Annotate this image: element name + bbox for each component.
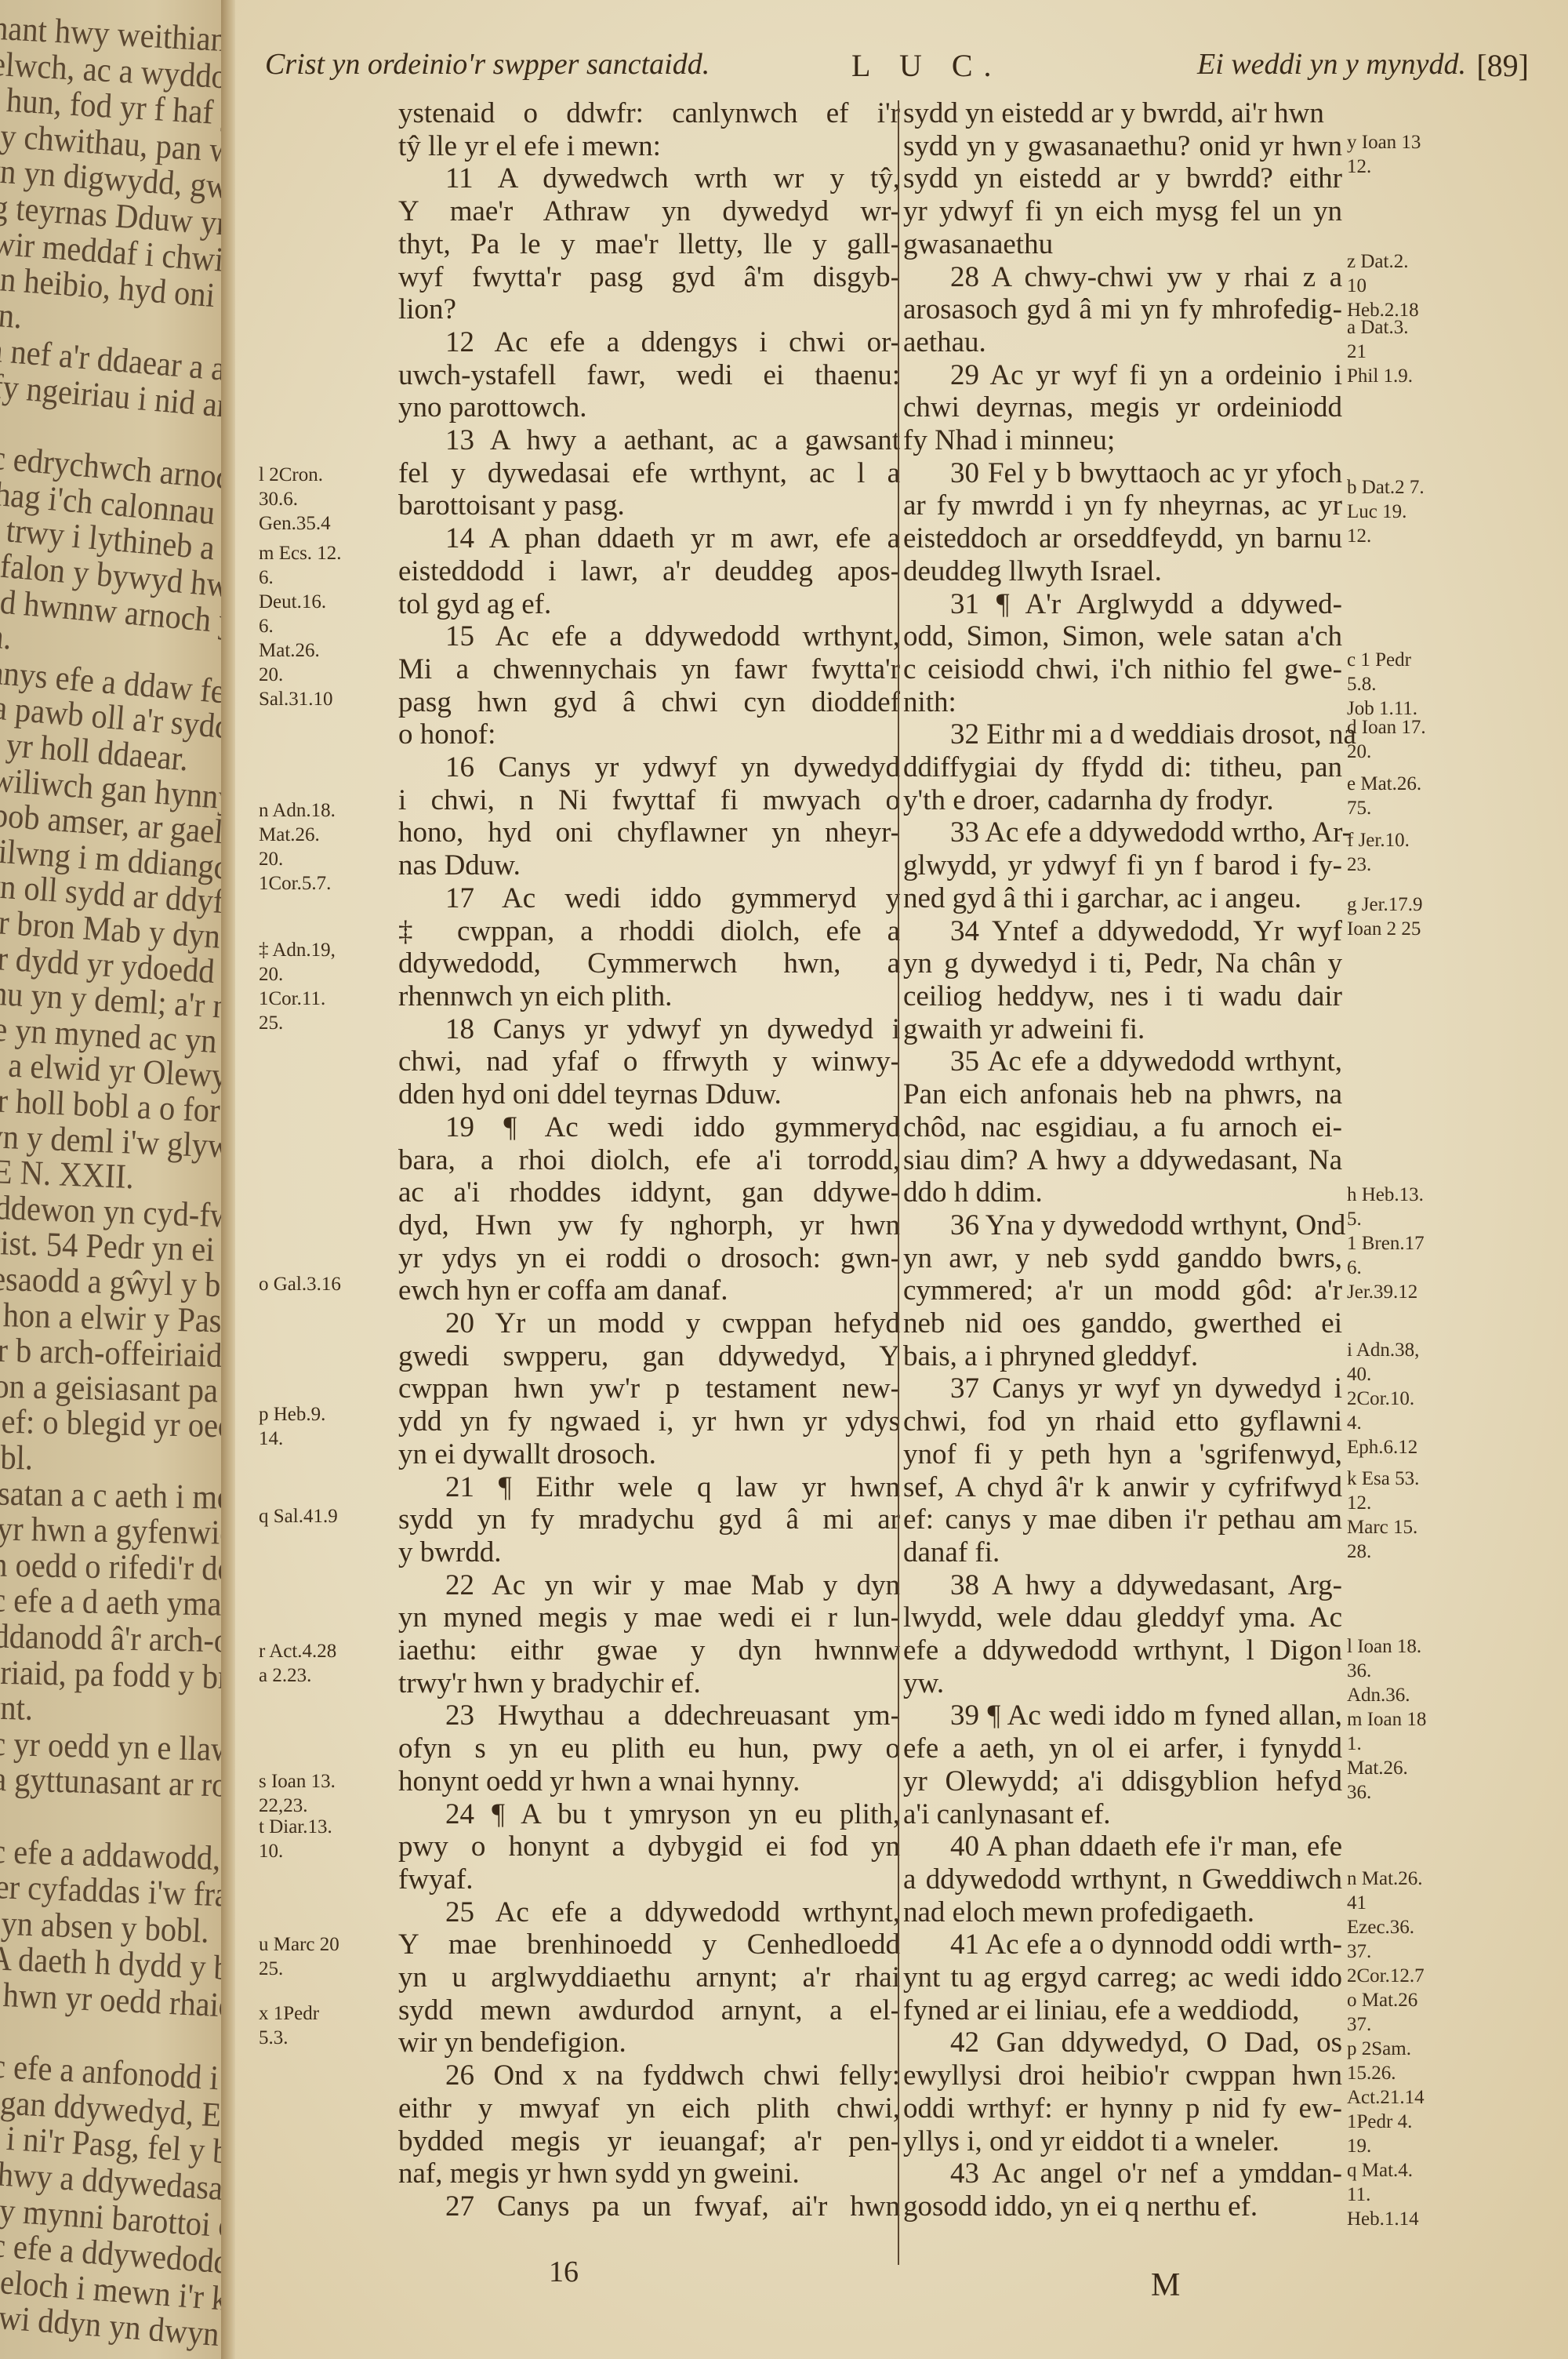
text-line: ‡ cwppan, a rhoddi diolch, efe a — [398, 915, 900, 948]
text-line: dden hyd oni ddel teyrnas Dduw. — [398, 1078, 900, 1111]
text-line: 32 Eithr mi a d weddiais drosot, na — [903, 718, 1342, 751]
text-line: 24 ¶ A bu t ymryson yn eu plith, — [398, 1798, 900, 1831]
text-line: 13 A hwy a aethant, ac a gawsant — [398, 424, 900, 457]
text-line: a ddywedodd wrthynt, n Gweddiwch — [903, 1863, 1342, 1896]
text-line: 27 Canys pa un fwyaf, ai'r hwn — [398, 2190, 900, 2223]
text-line: 25 Ac efe a ddywedodd wrthynt, — [398, 1896, 900, 1929]
text-line: 19 ¶ Ac wedi iddo gymmeryd — [398, 1111, 900, 1144]
text-line: glwydd, yr ydwyf fi yn f barod i fy- — [903, 849, 1342, 882]
text-line: yn myned megis y mae wedi ei r lun- — [398, 1601, 900, 1634]
text-line: a'i canlynasant ef. — [903, 1798, 1342, 1831]
text-line: Mi a chwennychais yn fawr fwytta'r — [398, 653, 900, 686]
text-line: siau dim? A hwy a ddywedasant, Na — [903, 1144, 1342, 1177]
text-line: arosasoch gyd â mi yn fy mhrofedig- — [903, 293, 1342, 326]
text-line: 37 Canys yr wyf yn dywedyd i — [903, 1372, 1342, 1405]
cross-reference-note: e Mat.26. 75. — [1347, 772, 1421, 820]
running-head-book: L U C. — [851, 47, 1003, 84]
text-line: fwyaf. — [398, 1863, 900, 1896]
cross-reference-note: q Sal.41.9 — [259, 1504, 338, 1528]
text-line: ddiffygiai dy ffydd di: titheu, pan — [903, 751, 1342, 784]
text-line: efe a ddywedodd wrthynt, l Digon — [903, 1634, 1342, 1667]
text-line: ned gyd â thi i garchar, ac i angeu. — [903, 882, 1342, 915]
cross-reference-note: l Ioan 18. 36. Adn.36. m Ioan 18 1. Mat.… — [1347, 1634, 1426, 1805]
text-line: nith: — [903, 686, 1342, 719]
text-line: ynof fi y peth hyn a 'sgrifenwyd, — [903, 1438, 1342, 1471]
text-line: 14 A phan ddaeth yr m awr, efe a — [398, 522, 900, 555]
text-line: bais, a i phryned gleddyf. — [903, 1340, 1342, 1373]
text-line: 15 Ac efe a ddywedodd wrthynt, — [398, 620, 900, 653]
text-line: 20 Yr un modd y cwppan hefyd — [398, 1307, 900, 1340]
cross-reference-note: p Heb.9. 14. — [259, 1402, 325, 1451]
cross-reference-note: l 2Cron. 30.6. Gen.35.4 — [259, 463, 331, 536]
cross-reference-note: h Heb.13. 5. 1 Bren.17 6. Jer.39.12 — [1347, 1183, 1425, 1304]
cross-reference-note: a Dat.3. 21 Phil 1.9. — [1347, 315, 1413, 388]
text-line: efe a aeth, yn ol ei arfer, i fynydd — [903, 1732, 1342, 1765]
text-line: bara, a rhoi diolch, efe a'i torrodd, — [398, 1144, 900, 1177]
cross-reference-note: o Gal.3.16 — [259, 1272, 341, 1296]
text-line: 21 ¶ Eithr wele q law yr hwn — [398, 1471, 900, 1504]
facing-page-line: bobl. — [0, 1437, 34, 1478]
text-line: y bwrdd. — [398, 1536, 900, 1569]
text-line: pwy o honynt a dybygid ei fod yn — [398, 1830, 900, 1863]
text-line: oddi wrthyf: er hynny p nid fy ew- — [903, 2092, 1342, 2125]
cross-reference-note: u Marc 20 25. — [259, 1932, 339, 1981]
text-line: trwy'r hwn y bradychir ef. — [398, 1667, 900, 1700]
text-line: 39 ¶ Ac wedi iddo m fyned allan, — [903, 1699, 1342, 1732]
text-line: thyt, Pa le y mae'r lletty, lle y gall- — [398, 228, 900, 261]
text-line: 30 Fel y b bwyttaoch ac yr yfoch — [903, 457, 1342, 490]
cross-reference-note: z Dat.2. 10 Heb.2.18 — [1347, 249, 1419, 322]
running-head-right: Ei weddi yn y mynydd. — [1197, 47, 1466, 82]
text-line: 12 Ac efe a ddengys i chwi or- — [398, 326, 900, 359]
text-line: wir yn bendefigion. — [398, 2026, 900, 2059]
text-line: odd, Simon, Simon, wele satan a'ch — [903, 620, 1342, 653]
text-line: yr ydwyf fi yn eich mysg fel un yn — [903, 195, 1342, 228]
cross-reference-note: d Ioan 17. 20. — [1347, 715, 1426, 764]
facing-page-line: y a gyttunasant ar roddi f arian — [0, 1758, 221, 1808]
text-line: 23 Hwythau a ddechreuasant ym- — [398, 1699, 900, 1732]
text-line: dyd, Hwn yw fy nghorph, yr hwn — [398, 1209, 900, 1242]
text-line: sydd mewn awdurdod arnynt, a el- — [398, 1994, 900, 2027]
text-line: bydded megis yr ieuangaf; a'r pen- — [398, 2125, 900, 2158]
text-line: wyf fwytta'r pasg gyd â'm disgyb- — [398, 261, 900, 294]
text-line: danaf fi. — [903, 1536, 1342, 1569]
text-line: eisteddoch ar orseddfeydd, yn barnu — [903, 522, 1342, 555]
text-line: hono, hyd oni chyflawner yn nheyr- — [398, 816, 900, 849]
text-line: ddywedodd, Cymmerwch hwn, a — [398, 947, 900, 980]
text-line: sydd yn eistedd ar y bwrdd, ai'r hwn — [903, 97, 1342, 130]
text-line: lwydd, wele ddau gleddyf yma. Ac — [903, 1601, 1342, 1634]
text-line: 17 Ac wedi iddo gymmeryd y — [398, 882, 900, 915]
text-line: chôd, nac esgidiau, a fu arnoch ei- — [903, 1111, 1342, 1144]
text-line: gwedi swpperu, gan ddywedyd, Y — [398, 1340, 900, 1373]
facing-left-page: ...hant hwy weithian,welwch, ac a wyddoc… — [0, 0, 221, 2359]
text-line: 34 Yntef a ddywedodd, Yr wyf — [903, 915, 1342, 948]
text-line: gosodd iddo, yn ei q nerthu ef. — [903, 2190, 1342, 2223]
text-line: pasg hwn gyd â chwi cyn dioddef — [398, 686, 900, 719]
cross-reference-note: ‡ Adn.19, 20. 1Cor.11. 25. — [259, 938, 336, 1035]
text-line: c ceisiodd chwi, i'ch nithio fel gwe- — [903, 653, 1342, 686]
text-line: lion? — [398, 293, 900, 326]
text-line: ewch hyn er coffa am danaf. — [398, 1274, 900, 1307]
text-line: cwppan hwn yw'r p testament new- — [398, 1372, 900, 1405]
facing-page-line: rth. — [0, 614, 13, 658]
text-line: yn ei dywallt drosoch. — [398, 1438, 900, 1471]
text-line: 18 Canys yr ydwyf yn dywedyd i — [398, 1013, 900, 1046]
cross-reference-note: k Esa 53. 12. Marc 15. 28. — [1347, 1467, 1419, 1564]
text-line: sydd yn y gwasanaethu? onid yr hwn — [903, 130, 1342, 163]
text-line: y'th e droer, cadarnha dy frodyr. — [903, 784, 1342, 817]
text-line: chwi, fod yn rhaid etto gyflawni — [903, 1405, 1342, 1438]
text-line: aethau. — [903, 326, 1342, 359]
cross-reference-note: n Adn.18. Mat.26. 20. 1Cor.5.7. — [259, 798, 336, 896]
text-line: 35 Ac efe a ddywedodd wrthynt, — [903, 1045, 1342, 1078]
signature-mark-left: 16 — [549, 2255, 579, 2289]
text-line: gwasanaethu — [903, 228, 1342, 261]
text-line: ydd yn fy ngwaed i, yr hwn yr ydys — [398, 1405, 900, 1438]
cross-reference-note: n Mat.26. 41 Ezec.36. 37. 2Cor.12.7 o Ma… — [1347, 1866, 1425, 2231]
text-line: 38 A hwy a ddywedasant, Arg- — [903, 1569, 1342, 1602]
text-line: Y mae brenhinoedd y Cenhedloedd — [398, 1928, 900, 1961]
text-line: yno parottowch. — [398, 391, 900, 424]
text-line: ddo h ddim. — [903, 1176, 1342, 1209]
cross-reference-note: i Adn.38, 40. 2Cor.10. 4. Eph.6.12 — [1347, 1338, 1419, 1459]
signature-mark-right: M — [1151, 2266, 1180, 2304]
text-line: ofyn s yn eu plith eu hun, pwy o — [398, 1732, 900, 1765]
text-line: ystenaid o ddwfr: canlynwch ef i'r — [398, 97, 900, 130]
cross-reference-note: f Jer.10. 23. — [1347, 828, 1410, 877]
text-line: deuddeg llwyth Israel. — [903, 555, 1342, 588]
text-line: fel y dywedasai efe wrthynt, ac l a — [398, 457, 900, 490]
text-line: 11 A dywedwch wrth wr y tŷ, — [398, 162, 900, 195]
text-line: sydd yn eistedd ar y bwrdd? eithr — [903, 162, 1342, 195]
cross-reference-note: b Dat.2 7. Luc 19. 12. — [1347, 475, 1425, 548]
text-line: ceiliog heddyw, nes i ti wadu dair — [903, 980, 1342, 1013]
text-line: tol gyd ag ef. — [398, 588, 900, 621]
text-line: barottoisant y pasg. — [398, 489, 900, 522]
text-line: 29 Ac yr wyf fi yn a ordeinio i — [903, 359, 1342, 392]
text-line: chwi deyrnas, megis yr ordeiniodd — [903, 391, 1342, 424]
facing-page-line: dynt. — [0, 1687, 34, 1728]
text-line: yn awr, y neb sydd ganddo bwrs, — [903, 1242, 1342, 1275]
text-line: sef, A chyd â'r k anwir y cyfrifwyd — [903, 1471, 1342, 1504]
text-line: eisteddodd i lawr, a'r deuddeg apos- — [398, 555, 900, 588]
text-column-right: sydd yn eistedd ar y bwrdd, ai'r hwnsydd… — [903, 97, 1342, 2223]
cross-reference-note: x 1Pedr 5.3. — [259, 2001, 319, 2050]
text-line: yllys i, ond yr eiddot ti a wneler. — [903, 2125, 1342, 2158]
text-line: Pan eich anfonais heb na phwrs, na — [903, 1078, 1342, 1111]
text-line: fyned ar ei liniau, efe a weddiodd, — [903, 1994, 1342, 2027]
running-head: Crist yn ordeinio'r swpper sanctaidd. L … — [265, 47, 1537, 94]
text-line: sydd yn fy mradychu gyd â mi ar — [398, 1503, 900, 1536]
text-line: 26 Ond x na fyddwch chwi felly: — [398, 2059, 900, 2092]
text-line: gwaith yr adweini fi. — [903, 1013, 1342, 1046]
text-line: yr ydys yn ei roddi o drosoch: gwn- — [398, 1242, 900, 1275]
text-line: 40 A phan ddaeth efe i'r man, efe — [903, 1830, 1342, 1863]
text-line: Y mae'r Athraw yn dywedyd wr- — [398, 195, 900, 228]
text-line: i chwi, n Ni fwyttaf fi mwyach o — [398, 784, 900, 817]
cross-reference-note: r Act.4.28 a 2.23. — [259, 1639, 336, 1688]
text-line: eithr y mwyaf yn eich plith chwi, — [398, 2092, 900, 2125]
text-line: 42 Gan ddywedyd, O Dad, os — [903, 2026, 1342, 2059]
text-line: nad eloch mewn profedigaeth. — [903, 1896, 1342, 1929]
text-line: yr Olewydd; a'i ddisgyblion hefyd — [903, 1765, 1342, 1798]
text-line: 16 Canys yr ydwyf yn dywedyd — [398, 751, 900, 784]
text-line: honynt oedd yr hwn a wnai hynny. — [398, 1765, 900, 1798]
running-head-left: Crist yn ordeinio'r swpper sanctaidd. — [265, 47, 710, 82]
text-line: tŷ lle yr el efe i mewn: — [398, 130, 900, 163]
cross-reference-note: y Ioan 13 12. — [1347, 130, 1421, 179]
text-line: cymmered; a'r un modd gôd: a'r — [903, 1274, 1342, 1307]
text-line: yn g dywedyd i ti, Pedr, Na chân y — [903, 947, 1342, 980]
text-line: 36 Yna y dywedodd wrthynt, Ond — [903, 1209, 1342, 1242]
text-line: fy Nhad i minneu; — [903, 424, 1342, 457]
text-line: ef: canys y mae diben i'r pethau am — [903, 1503, 1342, 1536]
cross-reference-note: t Diar.13. 10. — [259, 1815, 332, 1863]
cross-reference-note: c 1 Pedr 5.8. Job 1.11. — [1347, 648, 1417, 721]
text-line: 43 Ac angel o'r nef a ymddan- — [903, 2157, 1342, 2190]
text-line: 41 Ac efe a o dynnodd oddi wrth- — [903, 1928, 1342, 1961]
text-line: neb nid oes ganddo, gwerthed ei — [903, 1307, 1342, 1340]
text-line: ewyllysi droi heibio'r cwppan hwn — [903, 2059, 1342, 2092]
text-column-left: ystenaid o ddwfr: canlynwch ef i'rtŷ lle… — [398, 97, 900, 2223]
text-line: chwi, nad yfaf o ffrwyth y winwy- — [398, 1045, 900, 1078]
text-line: rhennwch yn eich plith. — [398, 980, 900, 1013]
text-line: 28 A chwy-chwi yw y rhai z a — [903, 261, 1342, 294]
cross-reference-note: m Ecs. 12. 6. Deut.16. 6. Mat.26. 20. Sa… — [259, 541, 342, 711]
cross-reference-note: g Jer.17.9 Ioan 2 25 — [1347, 892, 1423, 941]
text-line: yw. — [903, 1667, 1342, 1700]
text-line: naf, megis yr hwn sydd yn gweini. — [398, 2157, 900, 2190]
text-line: ynt tu ag ergyd carreg; ac wedi iddo — [903, 1961, 1342, 1994]
text-line: uwch-ystafell fawr, wedi ei thaenu: — [398, 359, 900, 392]
text-line: 22 Ac yn wir y mae Mab y dyn — [398, 1569, 900, 1602]
cross-reference-note: s Ioan 13. 22,23. — [259, 1769, 336, 1818]
column-divider — [898, 100, 899, 2265]
text-line: iaethu: eithr gwae y dyn hwnnw — [398, 1634, 900, 1667]
text-line: ac a'i rhoddes iddynt, gan ddywe- — [398, 1176, 900, 1209]
text-line: nas Dduw. — [398, 849, 900, 882]
text-line: ar fy mwrdd i yn fy nheyrnas, ac yr — [903, 489, 1342, 522]
text-line: 33 Ac efe a ddywedodd wrtho, Ar- — [903, 816, 1342, 849]
text-line: yn u arglwyddiaethu arnynt; a'r rhai — [398, 1961, 900, 1994]
text-line: o honof: — [398, 718, 900, 751]
text-line: 31 ¶ A'r Arglwydd a ddywed- — [903, 588, 1342, 621]
page-number: [89] — [1476, 47, 1529, 84]
